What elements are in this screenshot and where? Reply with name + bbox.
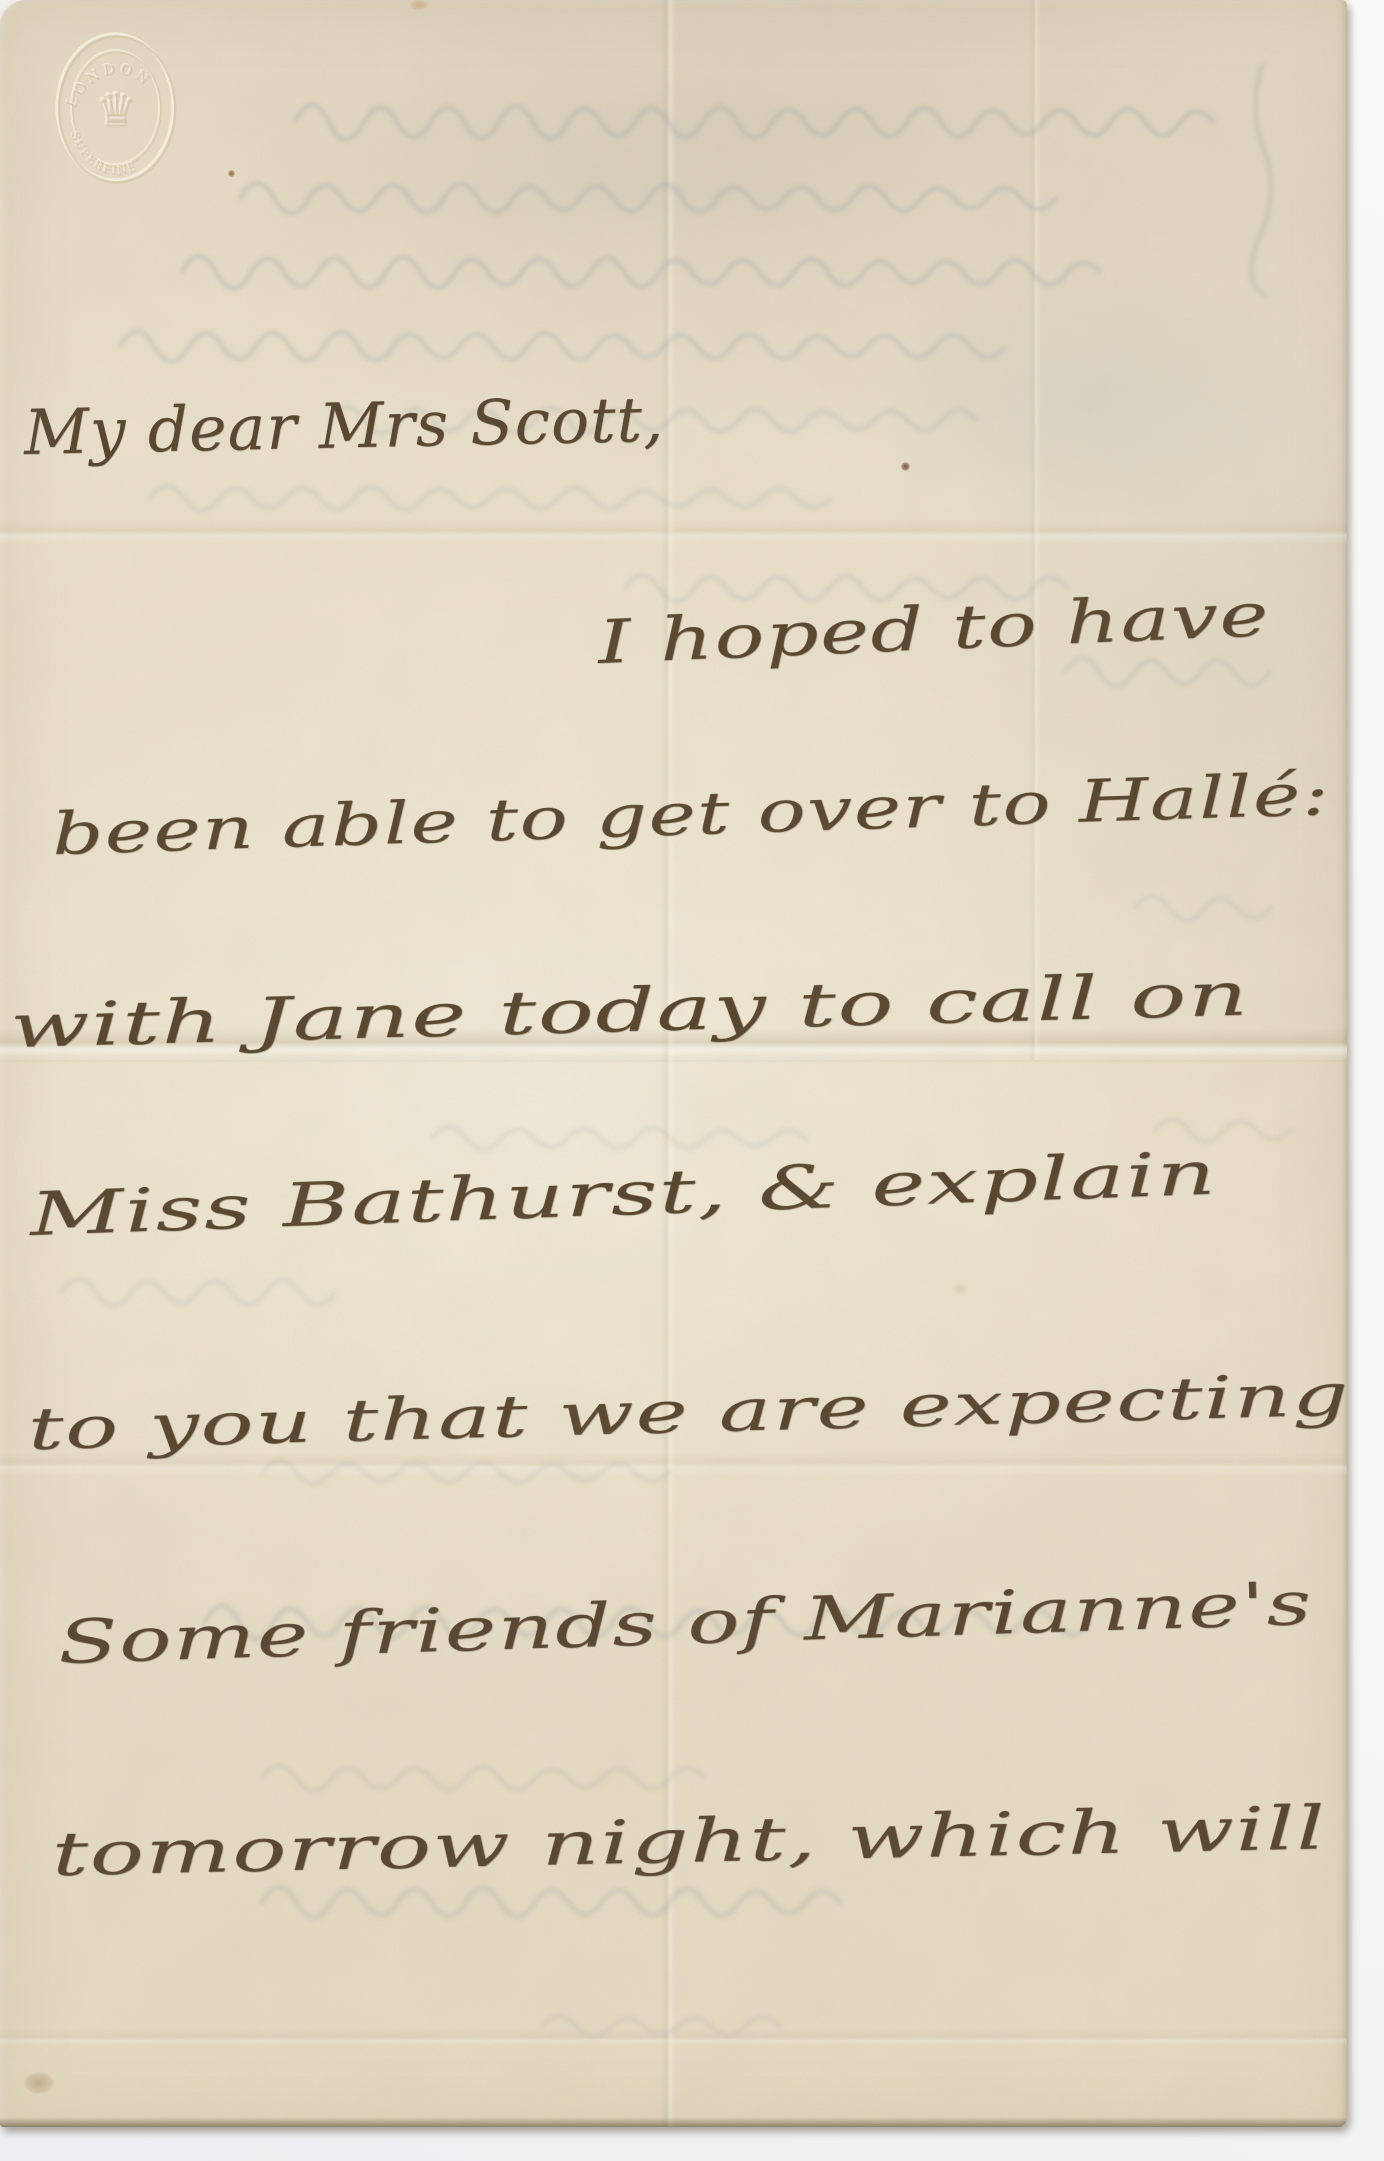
seal-bottom-text-shadow: SUPERFINE [69,131,141,179]
handwriting-line-5: Miss Bathurst, & explain [29,1139,1218,1250]
embossed-seal: LONDON LONDON SUPERFINE SUPERFINE ♛ ♛ [50,26,184,192]
letter-page: LONDON LONDON SUPERFINE SUPERFINE ♛ ♛ My… [0,0,1347,2127]
handwriting-line-8: tomorrow night, which will [51,1793,1327,1890]
fold-crease-vertical-right [1028,0,1041,1060]
foxing-spot [952,1282,968,1295]
handwriting-line-7: Some friends of Marianne's [57,1569,1314,1678]
scanner-background: LONDON LONDON SUPERFINE SUPERFINE ♛ ♛ My… [0,0,1384,2161]
handwriting-line-6: to you that we are expecting [27,1360,1351,1463]
fold-crease-horizontal-upper [0,520,1347,544]
handwriting-line-2: I hoped to have [597,580,1271,678]
foxing-spot [410,0,428,10]
svg-text:SUPERFINE: SUPERFINE [69,131,141,179]
gray-smudge [260,60,960,280]
handwriting-line-3: been able to get over to Hallé: [51,760,1331,868]
paper-bottom-edge-shadow [0,2117,1347,2127]
gray-smudge [850,270,1330,530]
salutation: My dear Mrs Scott, [23,383,665,469]
crown-icon-shadow: ♛ [97,83,138,137]
foxing-spot [228,170,235,177]
embossed-seal-graphic: LONDON LONDON SUPERFINE SUPERFINE ♛ ♛ [50,26,184,192]
foxing-spot [24,2072,54,2094]
fold-crease-horizontal-bottom [0,2028,1347,2046]
handwriting-line-4: with Jane today to call on [9,960,1250,1062]
ink-speck [901,462,910,471]
